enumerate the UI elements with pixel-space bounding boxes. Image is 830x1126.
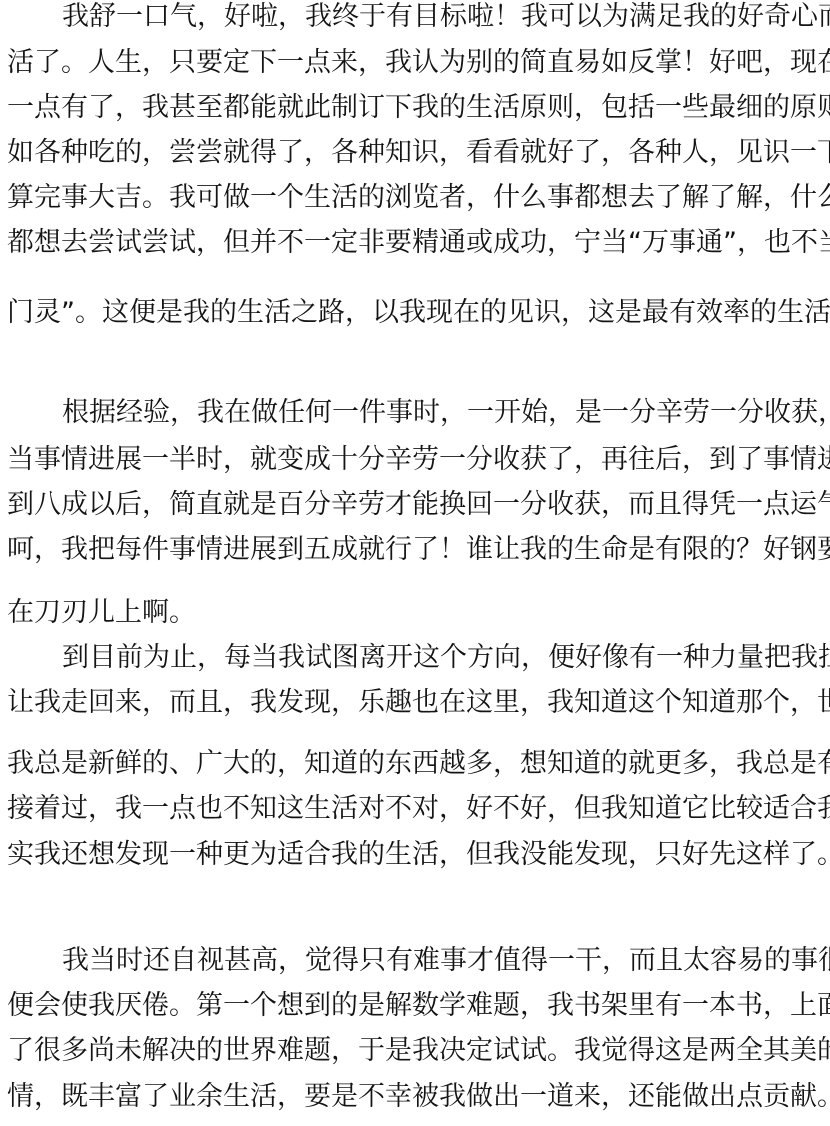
text-line: 情，既丰富了业余生活，要是不幸被我做出一道来，还能做出点贡献。哪 [7, 1080, 822, 1114]
text-line: 我总是新鲜的、广大的，知道的东西越多，想知道的就更多，我总是有兴趣 [7, 747, 822, 781]
text-line: 在刀刃儿上啊。 [7, 596, 822, 630]
text-line: 都想去尝试尝试，但并不一定非要精通或成功，宁当“万事通”，也不当“一 [7, 226, 822, 260]
text-line: 当事情进展一半时，就变成十分辛劳一分收获了，再往后，到了事情进展 [7, 443, 822, 477]
text-line: 活了。人生，只要定下一点来，我认为别的简直易如反掌！好吧，现在这 [7, 46, 822, 80]
text-line: 接着过，我一点也不知这生活对不对，好不好，但我知道它比较适合我，其 [7, 792, 822, 826]
text-line: 门灵”。这便是我的生活之路，以我现在的见识，这是最有效率的生活。 [7, 296, 822, 330]
text-line: 根据经验，我在做任何一件事时，一开始，是一分辛劳一分收获，但 [62, 396, 822, 430]
text-line: 呵，我把每件事情进展到五成就行了！谁让我的生命是有限的？好钢要使 [7, 533, 822, 567]
text-line: 便会使我厌倦。第一个想到的是解数学难题，我书架里有一本书，上面列 [7, 989, 822, 1023]
text-line: 如各种吃的，尝尝就得了，各种知识，看看就好了，各种人，见识一下便 [7, 136, 822, 170]
text-line: 我当时还自视甚高，觉得只有难事才值得一干，而且太容易的事很快 [62, 944, 822, 978]
text-line: 一点有了，我甚至都能就此制订下我的生活原则，包括一些最细的原则，比 [7, 91, 822, 125]
document-page: 我舒一口气，好啦，我终于有目标啦！我可以为满足我的好奇心而生 活了。人生，只要定… [0, 0, 830, 1126]
text-line: 让我走回来，而且，我发现，乐趣也在这里，我知道这个知道那个，世界对 [7, 686, 822, 720]
text-line: 了很多尚未解决的世界难题，于是我决定试试。我觉得这是两全其美的事 [7, 1034, 822, 1068]
text-line: 实我还想发现一种更为适合我的生活，但我没能发现，只好先这样了。 [7, 838, 822, 872]
text-line: 我舒一口气，好啦，我终于有目标啦！我可以为满足我的好奇心而生 [62, 0, 822, 34]
text-line: 算完事大吉。我可做一个生活的浏览者，什么事都想去了解了解，什么也 [7, 181, 822, 215]
text-line: 到目前为止，每当我试图离开这个方向，便好像有一种力量把我拉住， [62, 641, 822, 675]
text-line: 到八成以后，简直就是百分辛劳才能换回一分收获，而且得凭一点运气，呵 [7, 488, 822, 522]
